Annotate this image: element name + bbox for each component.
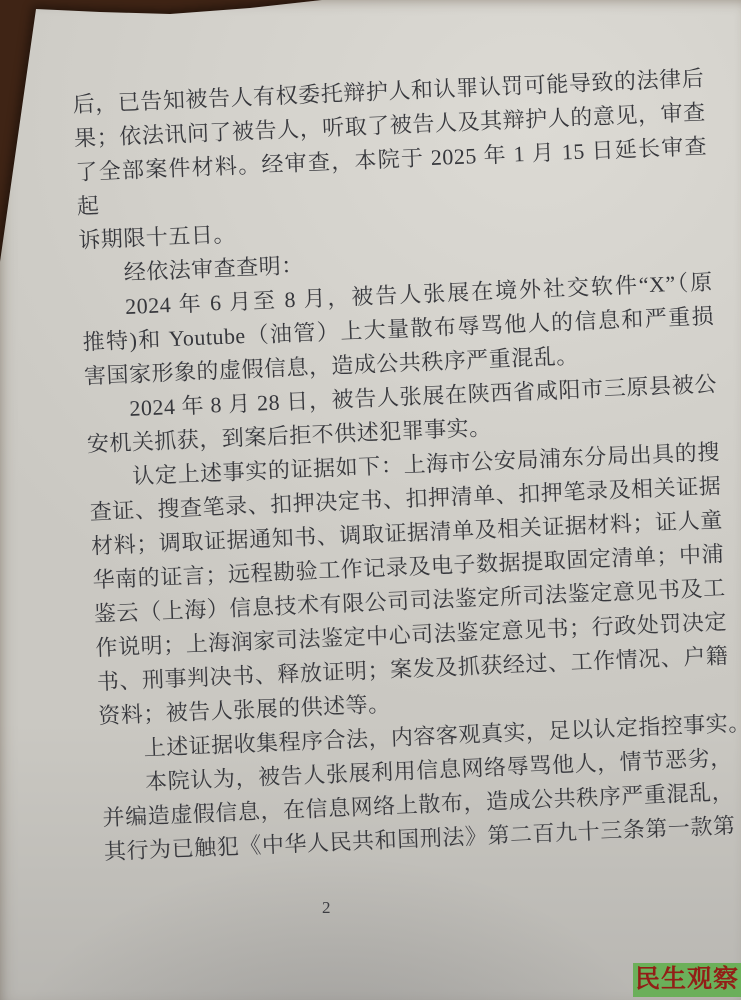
document-text: 后，已告知被告人有权委托辩护人和认罪认罚可能导致的法律后 果；依法讯问了被告人，… xyxy=(72,62,736,870)
page-number: 2 xyxy=(322,898,331,918)
photo-of-document: 后，已告知被告人有权委托辩护人和认罪认罚可能导致的法律后 果；依法讯问了被告人，… xyxy=(0,0,741,1000)
watermark-label: 民生观察 xyxy=(633,963,741,997)
